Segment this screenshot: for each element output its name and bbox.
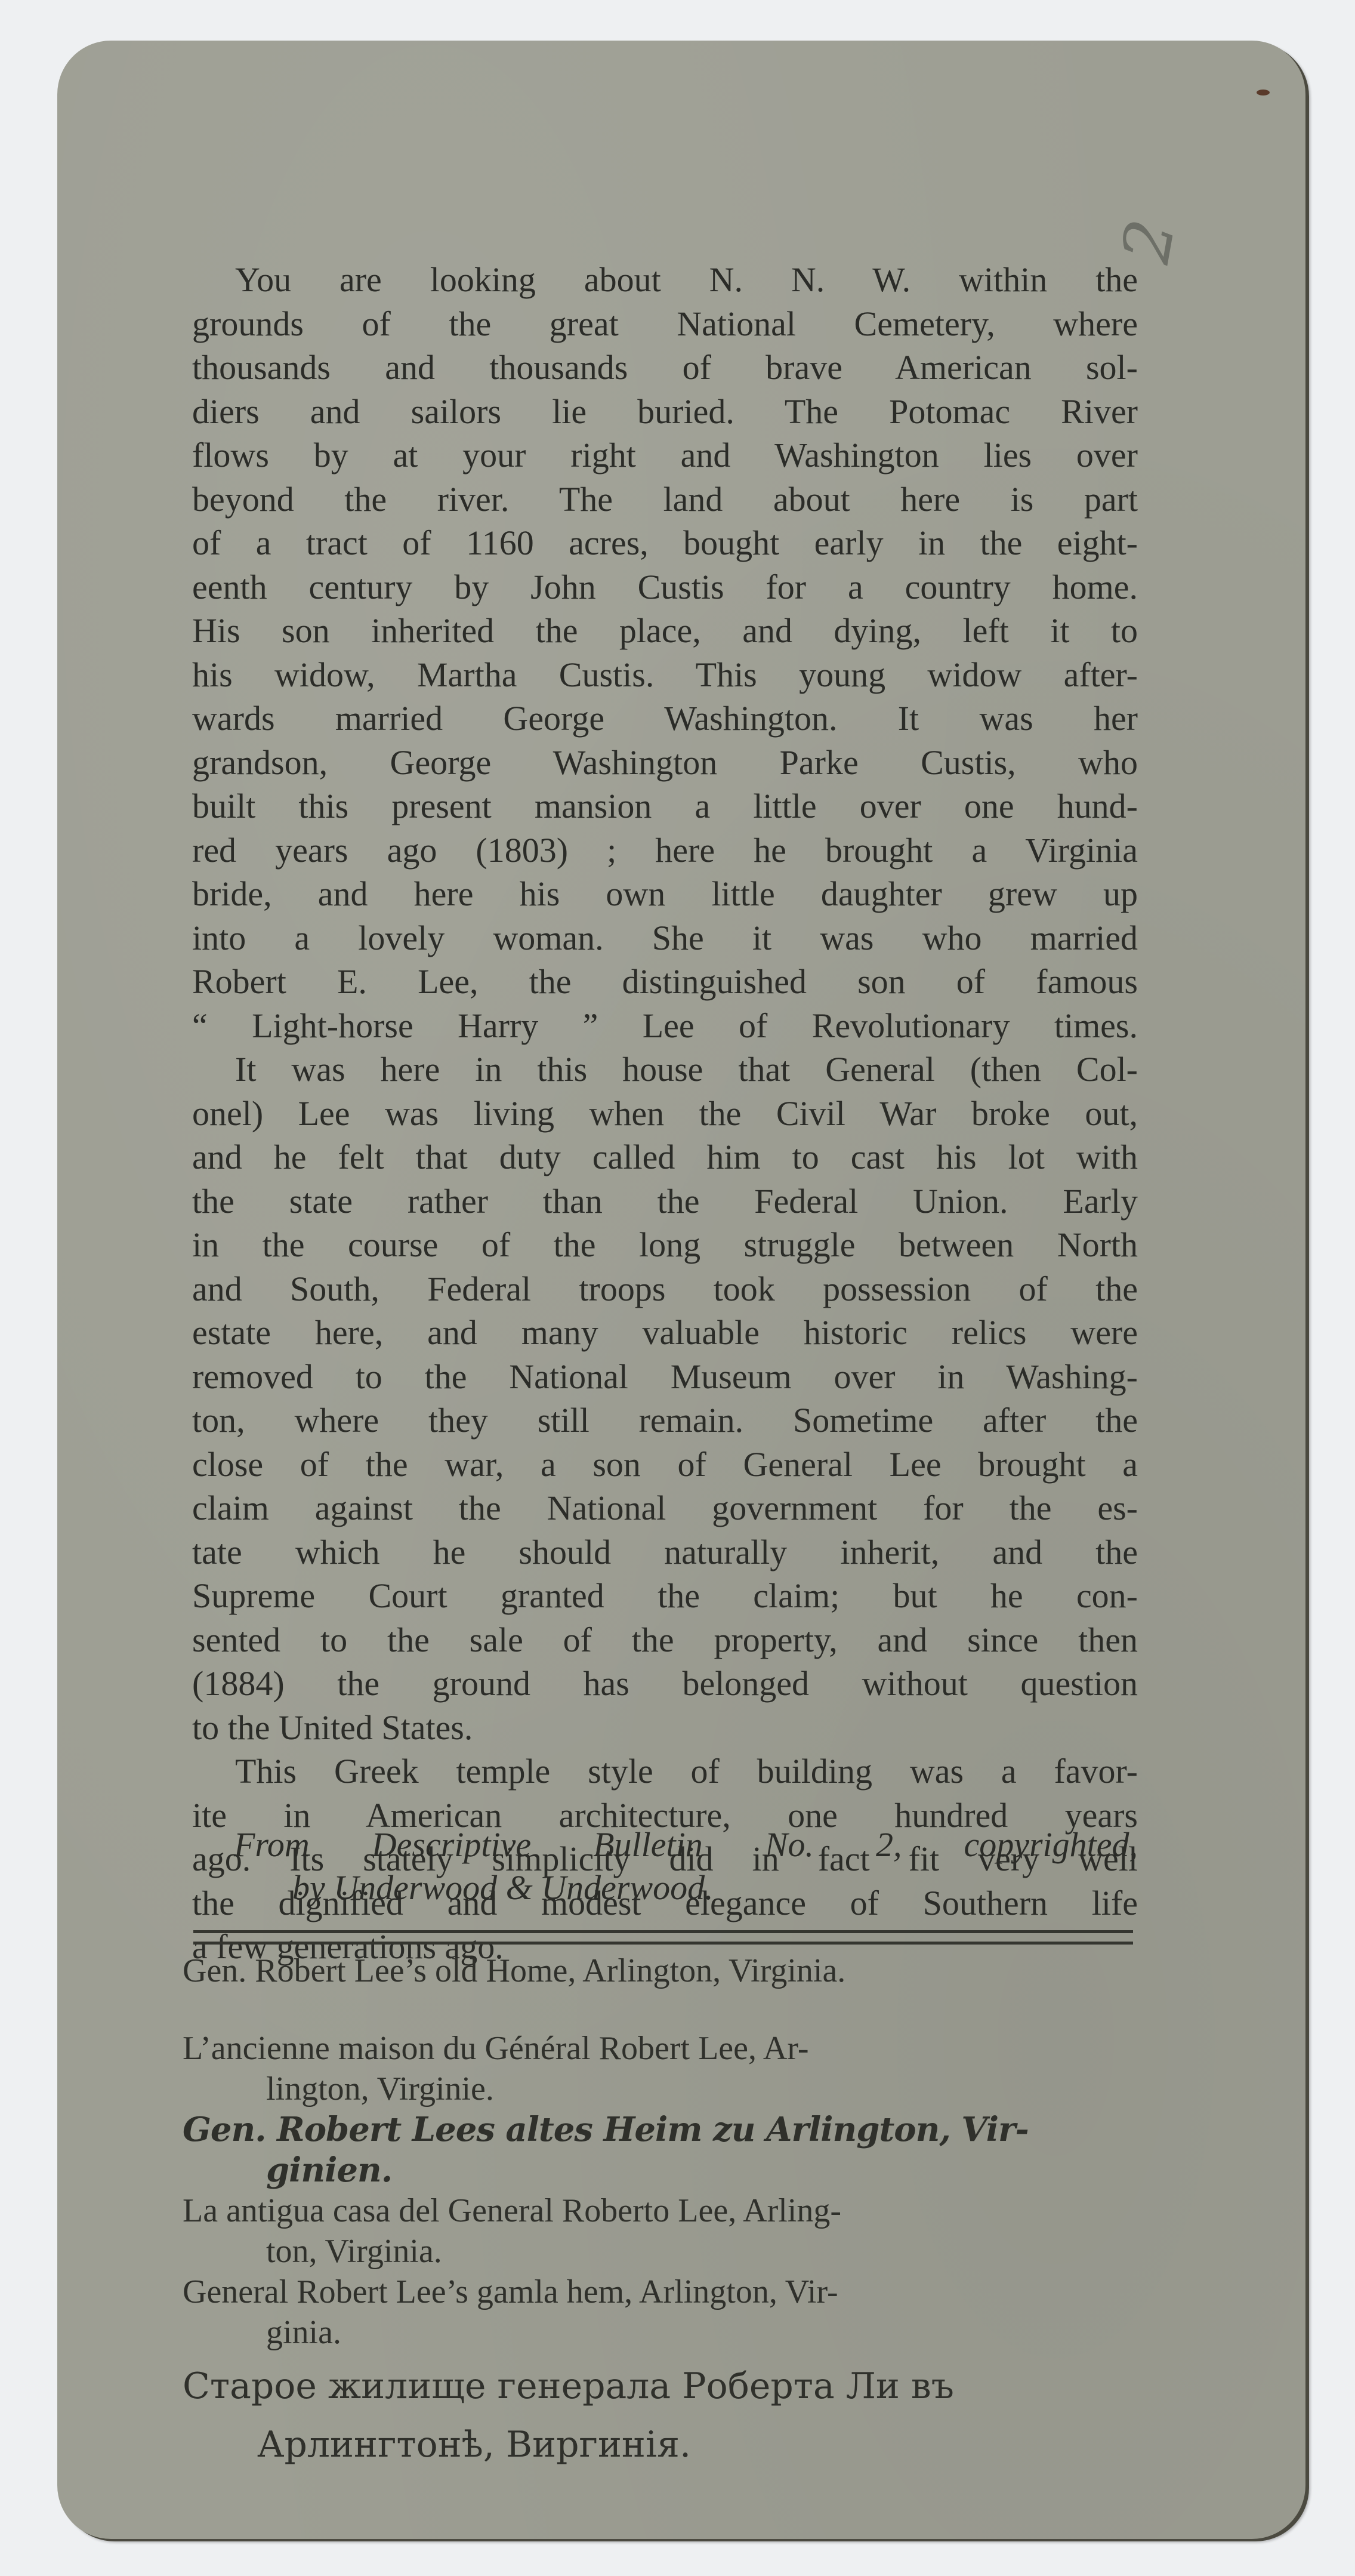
title-german-line-2: ginien. — [183, 2150, 1137, 2190]
text-line: His son inherited the place, and dying, … — [192, 609, 1138, 653]
text-line: into a lovely woman. She it was who marr… — [192, 916, 1138, 960]
title-spanish-line-2: ton, Virginia. — [183, 2231, 1137, 2272]
text-line: sented to the sale of the property, and … — [192, 1618, 1138, 1662]
text-line: red years ago (1803) ; here he brought a… — [192, 828, 1138, 873]
paragraph-1: You are looking about N. N. W. within th… — [192, 258, 1138, 1047]
text-line: the state rather than the Federal Union.… — [192, 1179, 1138, 1224]
text-line: claim against the National government fo… — [192, 1486, 1138, 1530]
text-line: built this present mansion a little over… — [192, 784, 1138, 828]
text-line: grounds of the great National Cemetery, … — [192, 302, 1138, 346]
text-line: tate which he should naturally inherit, … — [192, 1530, 1138, 1574]
text-line: thousands and thousands of brave America… — [192, 346, 1138, 390]
text-line: close of the war, a son of General Lee b… — [192, 1443, 1138, 1487]
text-line: beyond the river. The land about here is… — [192, 477, 1138, 522]
text-line: bride, and here his own little daughter … — [192, 872, 1138, 916]
title-english: Gen. Robert Lee’s old Home, Arlington, V… — [183, 1951, 1137, 1991]
text-line: eenth century by John Custis for a count… — [192, 565, 1138, 609]
text-line: of a tract of 1160 acres, bought early i… — [192, 521, 1138, 565]
title-swedish-line-2: ginia. — [183, 2312, 1137, 2353]
text-line: grandson, George Washington Parke Custis… — [192, 741, 1138, 785]
text-line: his widow, Martha Custis. This young wid… — [192, 653, 1138, 697]
title-russian-line-2: Арлингтонѣ, Виргинія. — [183, 2420, 1137, 2470]
text-line: to the United States. — [192, 1706, 1138, 1750]
text-line: and South, Federal troops took possessio… — [192, 1267, 1138, 1311]
text-line: onel) Lee was living when the Civil War … — [192, 1092, 1138, 1136]
text-line: It was here in this house that General (… — [192, 1047, 1138, 1092]
text-line: and he felt that duty called him to cast… — [192, 1135, 1138, 1179]
ink-speck — [1257, 90, 1270, 95]
title-french-line-2: lington, Virginie. — [183, 2069, 1137, 2109]
spacer — [183, 1991, 1137, 2028]
text-line: Supreme Court granted the claim; but he … — [192, 1574, 1138, 1618]
title-spanish-line-1: La antigua casa del General Roberto Lee,… — [183, 2190, 1137, 2231]
text-line: wards married George Washington. It was … — [192, 697, 1138, 741]
text-line: in the course of the long struggle betwe… — [192, 1223, 1138, 1267]
text-line: removed to the National Museum over in W… — [192, 1355, 1138, 1399]
title-french-line-1: L’ancienne maison du Général Robert Lee,… — [183, 2028, 1137, 2069]
text-line: This Greek temple style of building was … — [192, 1749, 1138, 1794]
title-russian-line-1: Старое жилище генерала Роберта Ли въ — [183, 2361, 1137, 2411]
text-line: ton, where they still remain. Sometime a… — [192, 1398, 1138, 1443]
double-rule-divider — [193, 1930, 1133, 1945]
text-line: estate here, and many valuable historic … — [192, 1311, 1138, 1355]
multilingual-titles: Gen. Robert Lee’s old Home, Arlington, V… — [183, 1951, 1137, 2470]
publisher-credit: From Descriptive Bulletin No. 2, copyrig… — [192, 1823, 1138, 1909]
text-line: You are looking about N. N. W. within th… — [192, 258, 1138, 302]
text-line: diers and sailors lie buried. The Potoma… — [192, 390, 1138, 434]
text-line: (1884) the ground has belonged without q… — [192, 1662, 1138, 1706]
title-german-line-1: Gen. Robert Lees altes Heim zu Arlington… — [183, 2109, 1137, 2150]
text-line: Robert E. Lee, the distinguished son of … — [192, 960, 1138, 1004]
paragraph-2: It was here in this house that General (… — [192, 1047, 1138, 1749]
text-line: flows by at your right and Washington li… — [192, 433, 1138, 477]
text-line: “ Light-horse Harry ” Lee of Revolutiona… — [192, 1004, 1138, 1048]
credit-line-2: by Underwood & Underwood. — [192, 1866, 1138, 1909]
title-swedish-line-1: General Robert Lee’s gamla hem, Arlingto… — [183, 2272, 1137, 2312]
description-text: You are looking about N. N. W. within th… — [192, 258, 1138, 1969]
credit-line-1: From Descriptive Bulletin No. 2, copyrig… — [192, 1823, 1138, 1866]
